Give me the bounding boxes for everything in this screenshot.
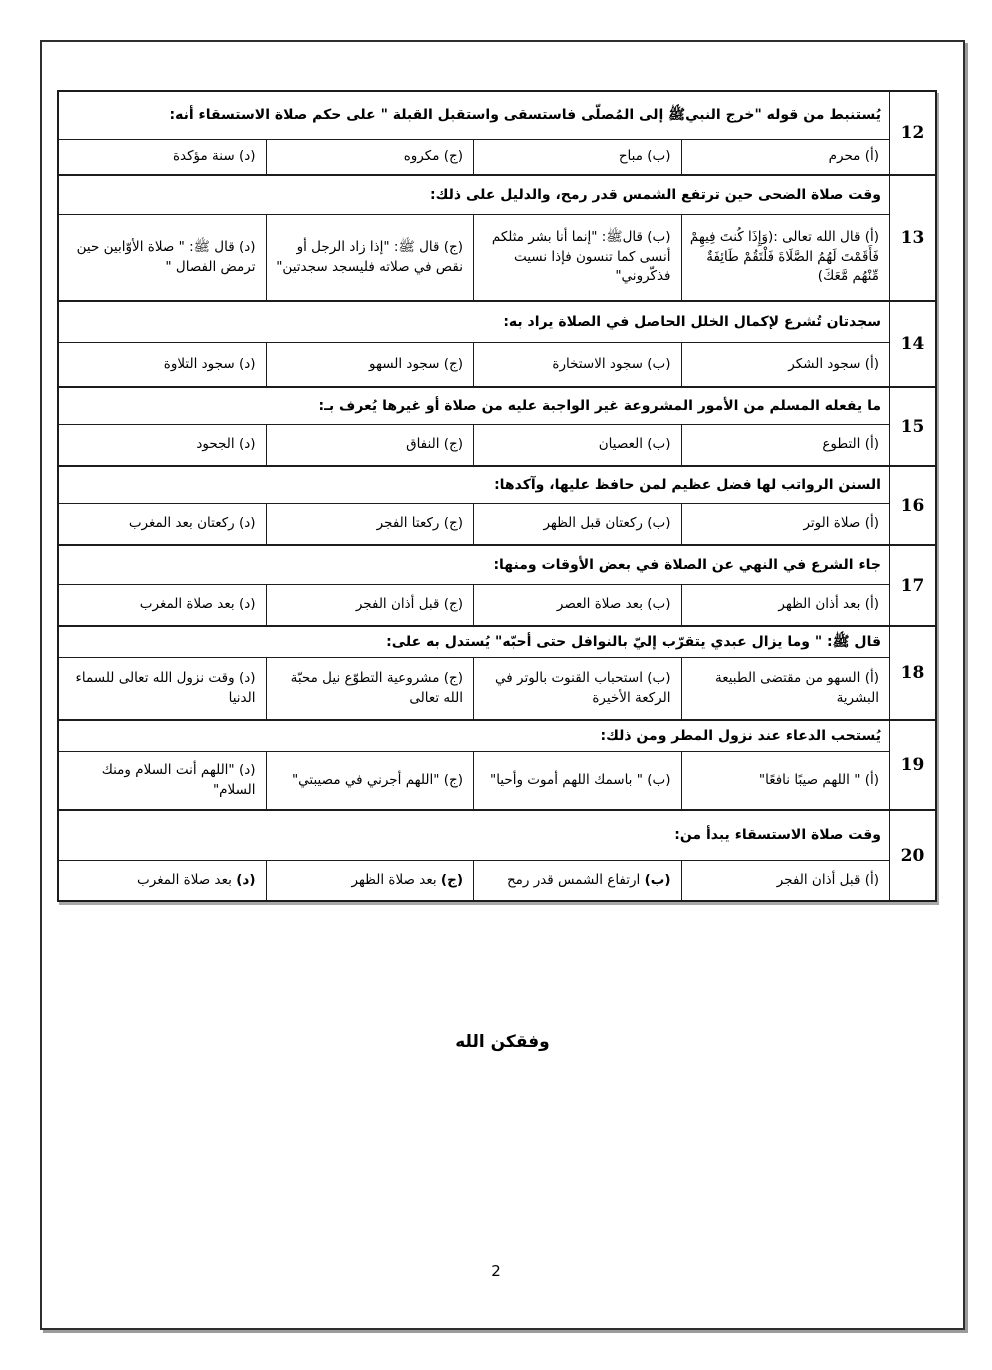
option-text: مشروعية التطوّع نيل محبّة الله تعالى (291, 670, 463, 706)
page-number: 2 (0, 1262, 992, 1280)
option-text: محرم (829, 148, 861, 164)
option-text: النفاق (406, 436, 439, 452)
closing-blessing: وفقكن الله (40, 1032, 965, 1052)
option-text: التطوع (822, 436, 860, 452)
question-text: السنن الرواتب لها فضل عظيم لمن حافظ عليه… (59, 467, 889, 504)
question-content: جاء الشرع في النهي عن الصلاة في بعض الأو… (59, 546, 889, 625)
options-row: (أ) " اللهم صيبًا نافعًا" (ب) " باسمك ال… (59, 752, 889, 809)
option-d: (د) سجود التلاوة (59, 343, 267, 386)
option-c: (ج) مشروعية التطوّع نيل محبّة الله تعالى (267, 658, 475, 719)
option-d: (د) سنة مؤكدة (59, 140, 267, 174)
question-block-12: 12 يُستنبط من قوله "خرج النبيﷺ إلى المُص… (59, 92, 935, 174)
option-b: (ب) بعد صلاة العصر (474, 585, 682, 625)
option-text: السهو من مقتضى الطبيعة البشرية (715, 670, 879, 706)
option-d: (د) بعد صلاة المغرب (59, 585, 267, 625)
options-row: (أ) قال الله تعالى :(وَإِذَا كُنتَ فِيهِ… (59, 215, 889, 300)
option-c: (ج) قال ﷺ: "إذا زاد الرجل أو نقص في صلات… (267, 215, 475, 300)
option-c: (ج) النفاق (267, 425, 475, 465)
option-text: قال الله تعالى :(وَإِذَا كُنتَ فِيهِمْ ف… (690, 229, 879, 284)
option-c: (ج) بعد صلاة الظهر (267, 861, 475, 900)
option-text: قال ﷺ: " صلاة الأوّابين حين ترمض الفصال … (77, 239, 256, 275)
question-text: وقت صلاة الضحى حين ترتفع الشمس قدر رمح، … (59, 176, 889, 215)
option-a: (أ) التطوع (682, 425, 890, 465)
question-number: 17 (889, 546, 935, 625)
option-b: (ب) سجود الاستخارة (474, 343, 682, 386)
option-d: (د) بعد صلاة المغرب (59, 861, 267, 900)
option-text: سنة مؤكدة (173, 148, 235, 164)
options-row: (أ) قبل أذان الفجر (ب) ارتفاع الشمس قدر … (59, 861, 889, 900)
option-a: (أ) قال الله تعالى :(وَإِذَا كُنتَ فِيهِ… (682, 215, 890, 300)
question-content: سجدتان تُشرع لإكمال الخلل الحاصل في الصل… (59, 302, 889, 386)
option-d: (د) الجحود (59, 425, 267, 465)
question-block-18: 18 قال ﷺ: " وما يزال عبدي يتقرّب إليّ با… (59, 625, 935, 719)
options-row: (أ) صلاة الوتر (ب) ركعتان قبل الظهر (ج) … (59, 504, 889, 544)
question-text: جاء الشرع في النهي عن الصلاة في بعض الأو… (59, 546, 889, 585)
question-text: يُستحب الدعاء عند نزول المطر ومن ذلك: (59, 721, 889, 752)
option-a: (أ) بعد أذان الظهر (682, 585, 890, 625)
option-text: قبل أذان الفجر (777, 872, 861, 888)
option-text: ركعتا الفجر (377, 515, 440, 531)
option-b: (ب) ارتفاع الشمس قدر رمح (474, 861, 682, 900)
option-text: ركعتان قبل الظهر (543, 515, 643, 531)
option-text: بعد صلاة الظهر (351, 872, 436, 888)
option-text: بعد صلاة العصر (557, 596, 643, 612)
question-text: قال ﷺ: " وما يزال عبدي يتقرّب إليّ بالنو… (59, 627, 889, 658)
option-text: العصيان (599, 436, 643, 452)
option-text: ركعتان بعد المغرب (129, 515, 235, 531)
option-text: مكروه (404, 148, 440, 164)
option-a: (أ) قبل أذان الفجر (682, 861, 890, 900)
option-b: (ب) استحباب القنوت بالوتر في الركعة الأخ… (474, 658, 682, 719)
option-text: " اللهم صيبًا نافعًا" (759, 772, 861, 788)
option-c: (ج) مكروه (267, 140, 475, 174)
option-text: " باسمك اللهم أموت وأحيا" (490, 772, 643, 788)
option-d: (د) "اللهم أنت السلام ومنك السلام" (59, 752, 267, 809)
option-b: (ب) العصيان (474, 425, 682, 465)
question-number: 13 (889, 176, 935, 300)
question-content: السنن الرواتب لها فضل عظيم لمن حافظ عليه… (59, 467, 889, 544)
option-b: (ب) " باسمك اللهم أموت وأحيا" (474, 752, 682, 809)
option-text: "اللهم أنت السلام ومنك السلام" (102, 762, 256, 798)
question-block-16: 16 السنن الرواتب لها فضل عظيم لمن حافظ ع… (59, 465, 935, 544)
question-number: 18 (889, 627, 935, 719)
question-content: وقت صلاة الضحى حين ترتفع الشمس قدر رمح، … (59, 176, 889, 300)
option-text: بعد صلاة المغرب (140, 596, 235, 612)
question-content: وقت صلاة الاستسقاء يبدأ من: (أ) قبل أذان… (59, 811, 889, 900)
question-content: يُستنبط من قوله "خرج النبيﷺ إلى المُصلّى… (59, 92, 889, 174)
option-c: (ج) ركعتا الفجر (267, 504, 475, 544)
option-text: "اللهم أجرني في مصيبتي" (292, 772, 440, 788)
option-text: سجود السهو (369, 356, 439, 372)
question-content: قال ﷺ: " وما يزال عبدي يتقرّب إليّ بالنو… (59, 627, 889, 719)
question-number: 14 (889, 302, 935, 386)
question-number: 16 (889, 467, 935, 544)
question-block-13: 13 وقت صلاة الضحى حين ترتفع الشمس قدر رم… (59, 174, 935, 300)
options-row: (أ) التطوع (ب) العصيان (ج) النفاق (د) ال… (59, 425, 889, 465)
option-text: سجود الاستخارة (552, 356, 643, 372)
question-block-17: 17 جاء الشرع في النهي عن الصلاة في بعض ا… (59, 544, 935, 625)
question-text: وقت صلاة الاستسقاء يبدأ من: (59, 811, 889, 861)
question-number: 20 (889, 811, 935, 900)
option-a: (أ) محرم (682, 140, 890, 174)
options-row: (أ) محرم (ب) مباح (ج) مكروه (د) سنة مؤكد… (59, 140, 889, 174)
option-a: (أ) سجود الشكر (682, 343, 890, 386)
option-b: (ب) قالﷺ: "إنما أنا بشر مثلكم أنسى كما ت… (474, 215, 682, 300)
option-text: مباح (619, 148, 643, 164)
option-c: (ج) "اللهم أجرني في مصيبتي" (267, 752, 475, 809)
question-content: يُستحب الدعاء عند نزول المطر ومن ذلك: (أ… (59, 721, 889, 809)
option-a: (أ) " اللهم صيبًا نافعًا" (682, 752, 890, 809)
option-d: (د) وقت نزول الله تعالى للسماء الدنيا (59, 658, 267, 719)
options-row: (أ) بعد أذان الظهر (ب) بعد صلاة العصر (ج… (59, 585, 889, 625)
question-text: ما يفعله المسلم من الأمور المشروعة غير ا… (59, 388, 889, 425)
question-number: 19 (889, 721, 935, 809)
option-a: (أ) صلاة الوتر (682, 504, 890, 544)
option-text: الجحود (196, 436, 234, 452)
option-text: وقت نزول الله تعالى للسماء الدنيا (76, 670, 256, 706)
option-text: قال ﷺ: "إذا زاد الرجل أو نقص في صلاته فل… (276, 239, 463, 275)
document-page: { "colors": { "ink": "#000000", "border"… (0, 0, 992, 1370)
option-text: ارتفاع الشمس قدر رمح (507, 872, 640, 888)
question-content: ما يفعله المسلم من الأمور المشروعة غير ا… (59, 388, 889, 465)
option-d: (د) قال ﷺ: " صلاة الأوّابين حين ترمض الف… (59, 215, 267, 300)
option-text: قالﷺ: "إنما أنا بشر مثلكم أنسى كما تنسون… (492, 229, 671, 284)
options-row: (أ) سجود الشكر (ب) سجود الاستخارة (ج) سج… (59, 343, 889, 386)
option-text: سجود التلاوة (164, 356, 235, 372)
option-text: استحباب القنوت بالوتر في الركعة الأخيرة (495, 670, 671, 706)
option-c: (ج) قبل أذان الفجر (267, 585, 475, 625)
question-text: يُستنبط من قوله "خرج النبيﷺ إلى المُصلّى… (59, 92, 889, 140)
question-number: 12 (889, 92, 935, 174)
option-text: بعد صلاة المغرب (137, 872, 232, 888)
question-block-19: 19 يُستحب الدعاء عند نزول المطر ومن ذلك:… (59, 719, 935, 809)
option-text: صلاة الوتر (803, 515, 860, 531)
question-block-15: 15 ما يفعله المسلم من الأمور المشروعة غي… (59, 386, 935, 465)
option-b: (ب) مباح (474, 140, 682, 174)
option-c: (ج) سجود السهو (267, 343, 475, 386)
option-text: بعد أذان الظهر (778, 596, 860, 612)
option-text: قبل أذان الفجر (356, 596, 440, 612)
question-block-20: 20 وقت صلاة الاستسقاء يبدأ من: (أ) قبل أ… (59, 809, 935, 900)
question-block-14: 14 سجدتان تُشرع لإكمال الخلل الحاصل في ا… (59, 300, 935, 386)
option-a: (أ) السهو من مقتضى الطبيعة البشرية (682, 658, 890, 719)
options-row: (أ) السهو من مقتضى الطبيعة البشرية (ب) ا… (59, 658, 889, 719)
questions-table: 12 يُستنبط من قوله "خرج النبيﷺ إلى المُص… (57, 90, 937, 902)
question-text: سجدتان تُشرع لإكمال الخلل الحاصل في الصل… (59, 302, 889, 343)
option-b: (ب) ركعتان قبل الظهر (474, 504, 682, 544)
option-d: (د) ركعتان بعد المغرب (59, 504, 267, 544)
question-number: 15 (889, 388, 935, 465)
option-text: سجود الشكر (788, 356, 860, 372)
